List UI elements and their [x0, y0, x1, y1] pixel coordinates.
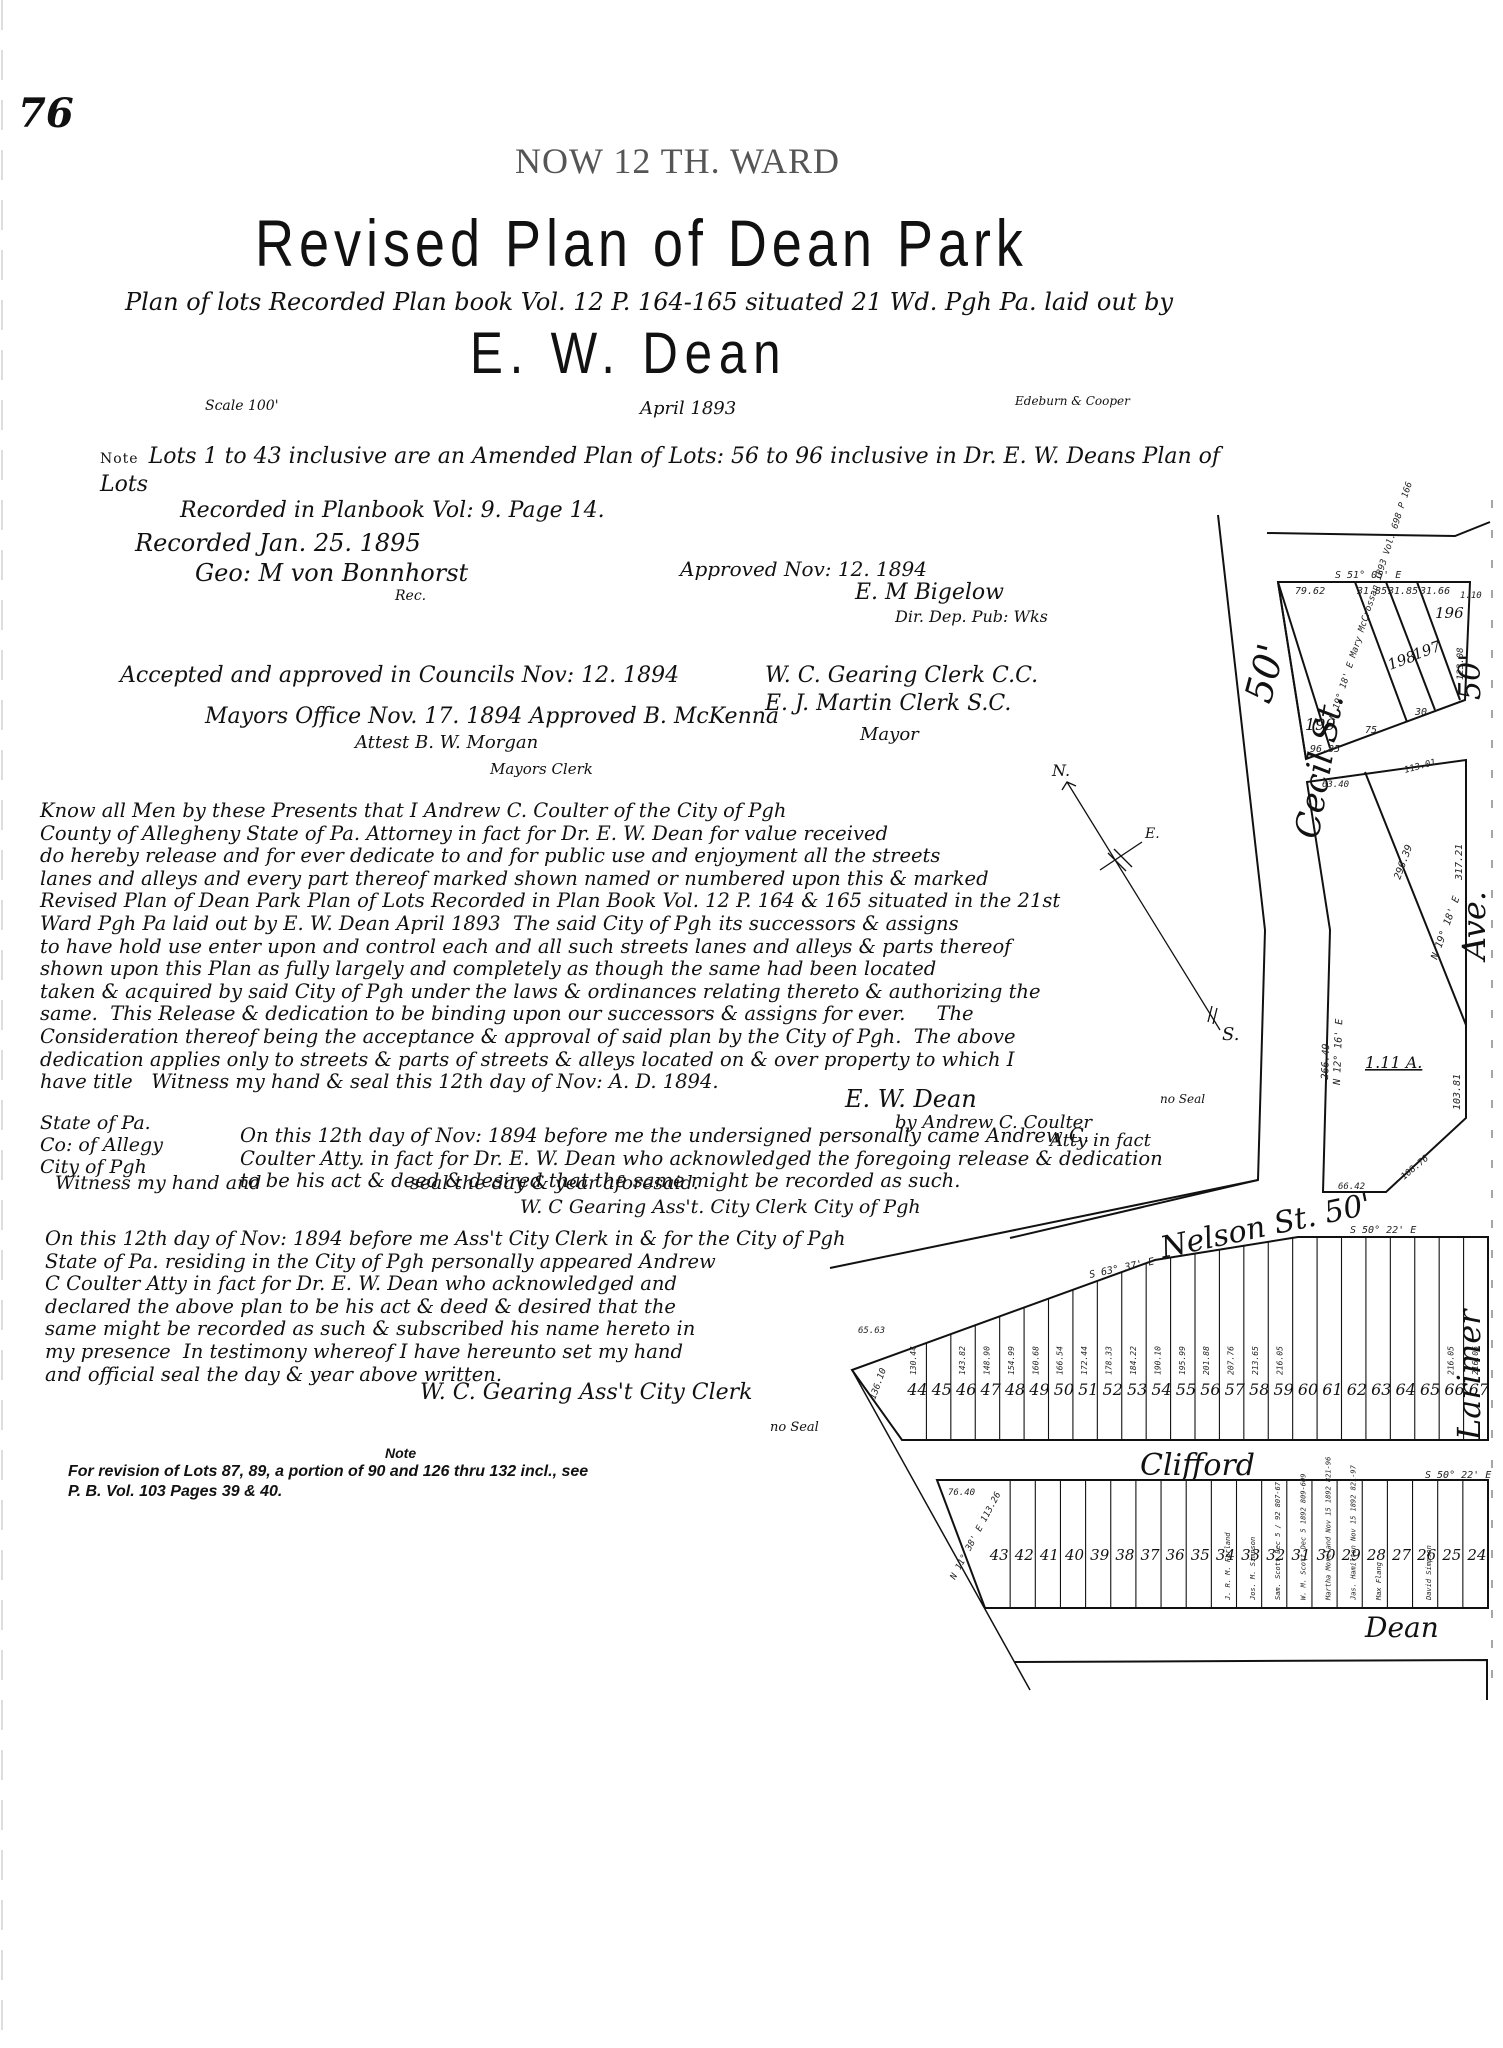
svg-text:Jas. Hamilton Nov 15 1892 821: Jas. Hamilton Nov 15 1892 821-97: [1350, 1464, 1358, 1601]
compass-n: N.: [1051, 761, 1070, 780]
clifford-bearing: S 50° 22' E: [1425, 1470, 1491, 1481]
svg-text:55: 55: [1176, 1380, 1196, 1399]
svg-text:130.44: 130.44: [909, 1346, 918, 1375]
cecil-width-label: 50': [1236, 639, 1294, 707]
svg-text:53: 53: [1127, 1380, 1147, 1399]
svg-text:28: 28: [1366, 1546, 1386, 1564]
cecil-st-west-line: [1010, 515, 1265, 1238]
svg-text:195.99: 195.99: [1178, 1346, 1187, 1375]
svg-text:65: 65: [1420, 1380, 1440, 1399]
svg-text:35: 35: [1191, 1546, 1210, 1564]
clifford-west-front: 76.40: [948, 1488, 975, 1498]
svg-text:154.99: 154.99: [1007, 1346, 1016, 1375]
svg-text:172.44: 172.44: [1080, 1346, 1089, 1375]
nelson-lot-numbers: 44130.444546143.8247148.9048154.9949160.…: [906, 1346, 1490, 1399]
svg-text:160.68: 160.68: [1031, 1346, 1040, 1375]
nelson-west-front: 65.63: [858, 1326, 885, 1336]
svg-text:27: 27: [1391, 1546, 1412, 1564]
clifford-lot-lines: [1010, 1480, 1463, 1608]
svg-text:Max Flang: Max Flang: [1375, 1562, 1383, 1601]
svg-text:Martha Moreland Nov 15 1892 8: Martha Moreland Nov 15 1892 821-96: [1325, 1457, 1333, 1601]
svg-text:213.65: 213.65: [1251, 1346, 1260, 1375]
compass-rose-icon: [1062, 782, 1220, 1030]
svg-text:148.90: 148.90: [982, 1346, 991, 1375]
svg-text:56: 56: [1200, 1380, 1220, 1399]
dean-south-line: [1015, 1660, 1487, 1700]
top-side-east: 123.08: [1456, 647, 1466, 680]
cecil-west-len: 266.49: [1320, 1043, 1332, 1079]
svg-text:36: 36: [1166, 1546, 1186, 1564]
svg-text:J. R. M. Farland: J. R. M. Farland: [1224, 1532, 1232, 1601]
svg-text:Sam. Scott Dec 5 / 92 807-67: Sam. Scott Dec 5 / 92 807-67: [1274, 1481, 1282, 1600]
svg-text:49: 49: [1028, 1380, 1049, 1399]
svg-text:52: 52: [1103, 1380, 1123, 1399]
svg-text:201.88: 201.88: [1202, 1346, 1211, 1375]
nelson-east-bearing: S 50° 22' E: [1350, 1225, 1416, 1236]
svg-text:64: 64: [1396, 1380, 1416, 1399]
cecil-area: 1.11 A.: [1365, 1053, 1422, 1072]
svg-text:216.05: 216.05: [1275, 1346, 1284, 1375]
nelson-block: [852, 1237, 1488, 1440]
cecil-top-1: 63.40: [1322, 780, 1349, 790]
svg-text:44: 44: [906, 1380, 927, 1399]
top-frontage-1: 79.62: [1295, 586, 1325, 597]
svg-text:51: 51: [1078, 1380, 1098, 1399]
svg-text:207.76: 207.76: [1227, 1346, 1236, 1375]
lot-196: 196: [1435, 604, 1464, 622]
svg-text:David Simpson: David Simpson: [1425, 1545, 1433, 1601]
svg-text:59: 59: [1273, 1380, 1293, 1399]
svg-text:62: 62: [1347, 1380, 1367, 1399]
top-rear-2: 75: [1365, 725, 1377, 736]
svg-text:60: 60: [1298, 1380, 1318, 1399]
svg-text:58: 58: [1249, 1380, 1269, 1399]
svg-text:178.33: 178.33: [1105, 1346, 1114, 1375]
svg-text:37: 37: [1140, 1546, 1160, 1564]
svg-text:24: 24: [1466, 1546, 1486, 1564]
svg-text:46: 46: [955, 1380, 976, 1399]
svg-text:43: 43: [989, 1546, 1009, 1564]
top-street-line: [1267, 522, 1490, 536]
nelson-west-side: 136.10: [868, 1367, 889, 1401]
svg-text:Jos. M. Simpson: Jos. M. Simpson: [1249, 1537, 1257, 1601]
top-frontage-3: 31.85: [1387, 586, 1418, 597]
svg-text:54: 54: [1151, 1380, 1171, 1399]
top-owner-note: N 19° 18' E Mary McCrossan 1893 Vol. 698…: [1328, 481, 1415, 722]
cecil-bearing-2: N 12° 16' E: [1332, 1019, 1345, 1087]
svg-text:25: 25: [1441, 1546, 1461, 1564]
cecil-st-label: Cecil St.: [1287, 691, 1352, 841]
cecil-east-2: 103.81: [1452, 1074, 1463, 1110]
top-frontage-4: 31.66: [1419, 586, 1450, 597]
top-rear-1: 96.85: [1310, 744, 1340, 755]
svg-text:40: 40: [1064, 1546, 1085, 1564]
svg-text:42: 42: [1014, 1546, 1034, 1564]
nelson-lot-lines: [926, 1237, 1463, 1440]
svg-text:45: 45: [931, 1380, 952, 1399]
cecil-bottom-2: 108.76: [1400, 1154, 1431, 1183]
svg-text:41: 41: [1039, 1546, 1059, 1564]
svg-text:39: 39: [1090, 1546, 1110, 1564]
svg-text:184.22: 184.22: [1129, 1346, 1138, 1375]
larimer-label: Larimer: [1450, 1308, 1488, 1441]
clifford-label: Clifford: [1140, 1448, 1255, 1483]
svg-text:38: 38: [1115, 1546, 1134, 1564]
plat-map: 44130.444546143.8247148.9048154.9949160.…: [0, 0, 1503, 2048]
clifford-block: [937, 1480, 1488, 1608]
svg-text:W. M. Scott Dec 5 1892 809-60: W. M. Scott Dec 5 1892 809-609: [1299, 1474, 1307, 1600]
svg-text:190.10: 190.10: [1153, 1346, 1162, 1375]
svg-text:61: 61: [1322, 1380, 1342, 1399]
dean-label: Dean: [1364, 1611, 1439, 1644]
compass-s: S.: [1222, 1024, 1239, 1045]
cecil-top-2: 113.01: [1403, 758, 1437, 776]
clifford-west-side: N 11° 38' E 113.26: [948, 1491, 1003, 1583]
top-corner: 1.10: [1460, 591, 1482, 601]
compass-e: E.: [1144, 826, 1160, 842]
svg-text:48: 48: [1004, 1380, 1025, 1399]
svg-text:50: 50: [1054, 1380, 1074, 1399]
svg-text:63: 63: [1371, 1380, 1391, 1399]
top-rear-3: 30: [1414, 707, 1427, 718]
cecil-east-len: 317.21: [1454, 844, 1465, 881]
svg-text:47: 47: [979, 1380, 1001, 1399]
top-bearing: S 51° 05' E: [1335, 570, 1401, 581]
svg-text:166.54: 166.54: [1056, 1346, 1065, 1375]
cecil-bottom-1: 66.42: [1338, 1182, 1365, 1192]
svg-text:57: 57: [1225, 1380, 1246, 1399]
svg-text:143.82: 143.82: [958, 1346, 967, 1375]
